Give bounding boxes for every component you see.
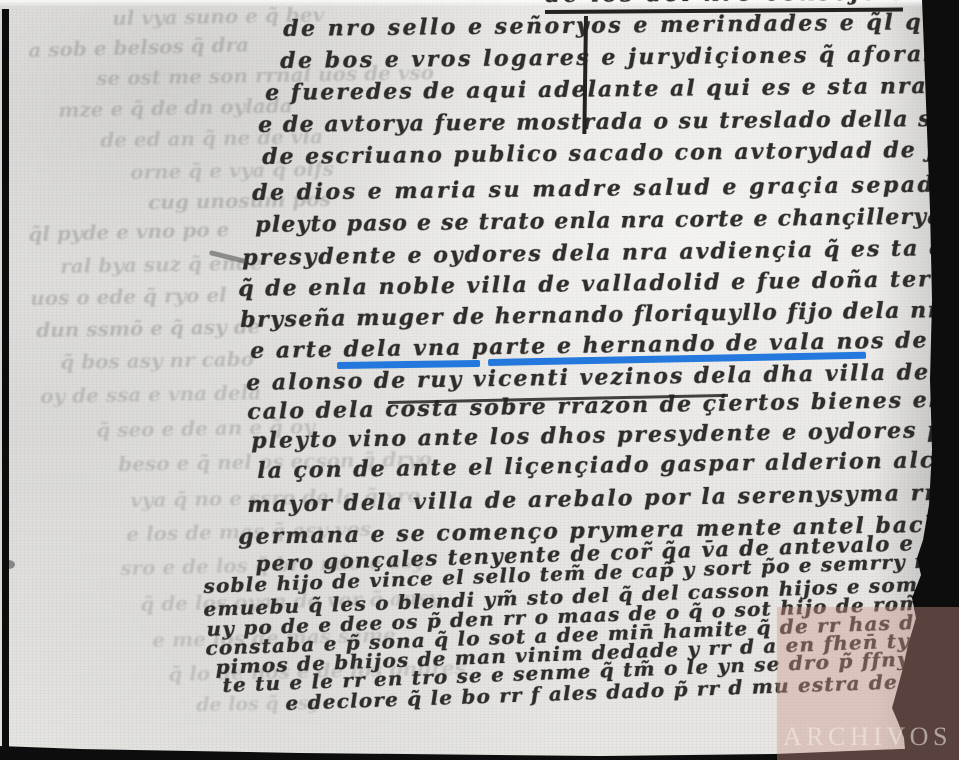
blue-underline-annotation-1 <box>488 352 866 366</box>
manuscript-scan: ul vya suno e q̃ beva sob e belsos q̃ dr… <box>0 0 959 760</box>
watermark-text: ARCHIVOS <box>783 722 952 752</box>
blue-underline-annotation-0 <box>337 360 480 369</box>
scan-edge-left <box>2 9 9 750</box>
